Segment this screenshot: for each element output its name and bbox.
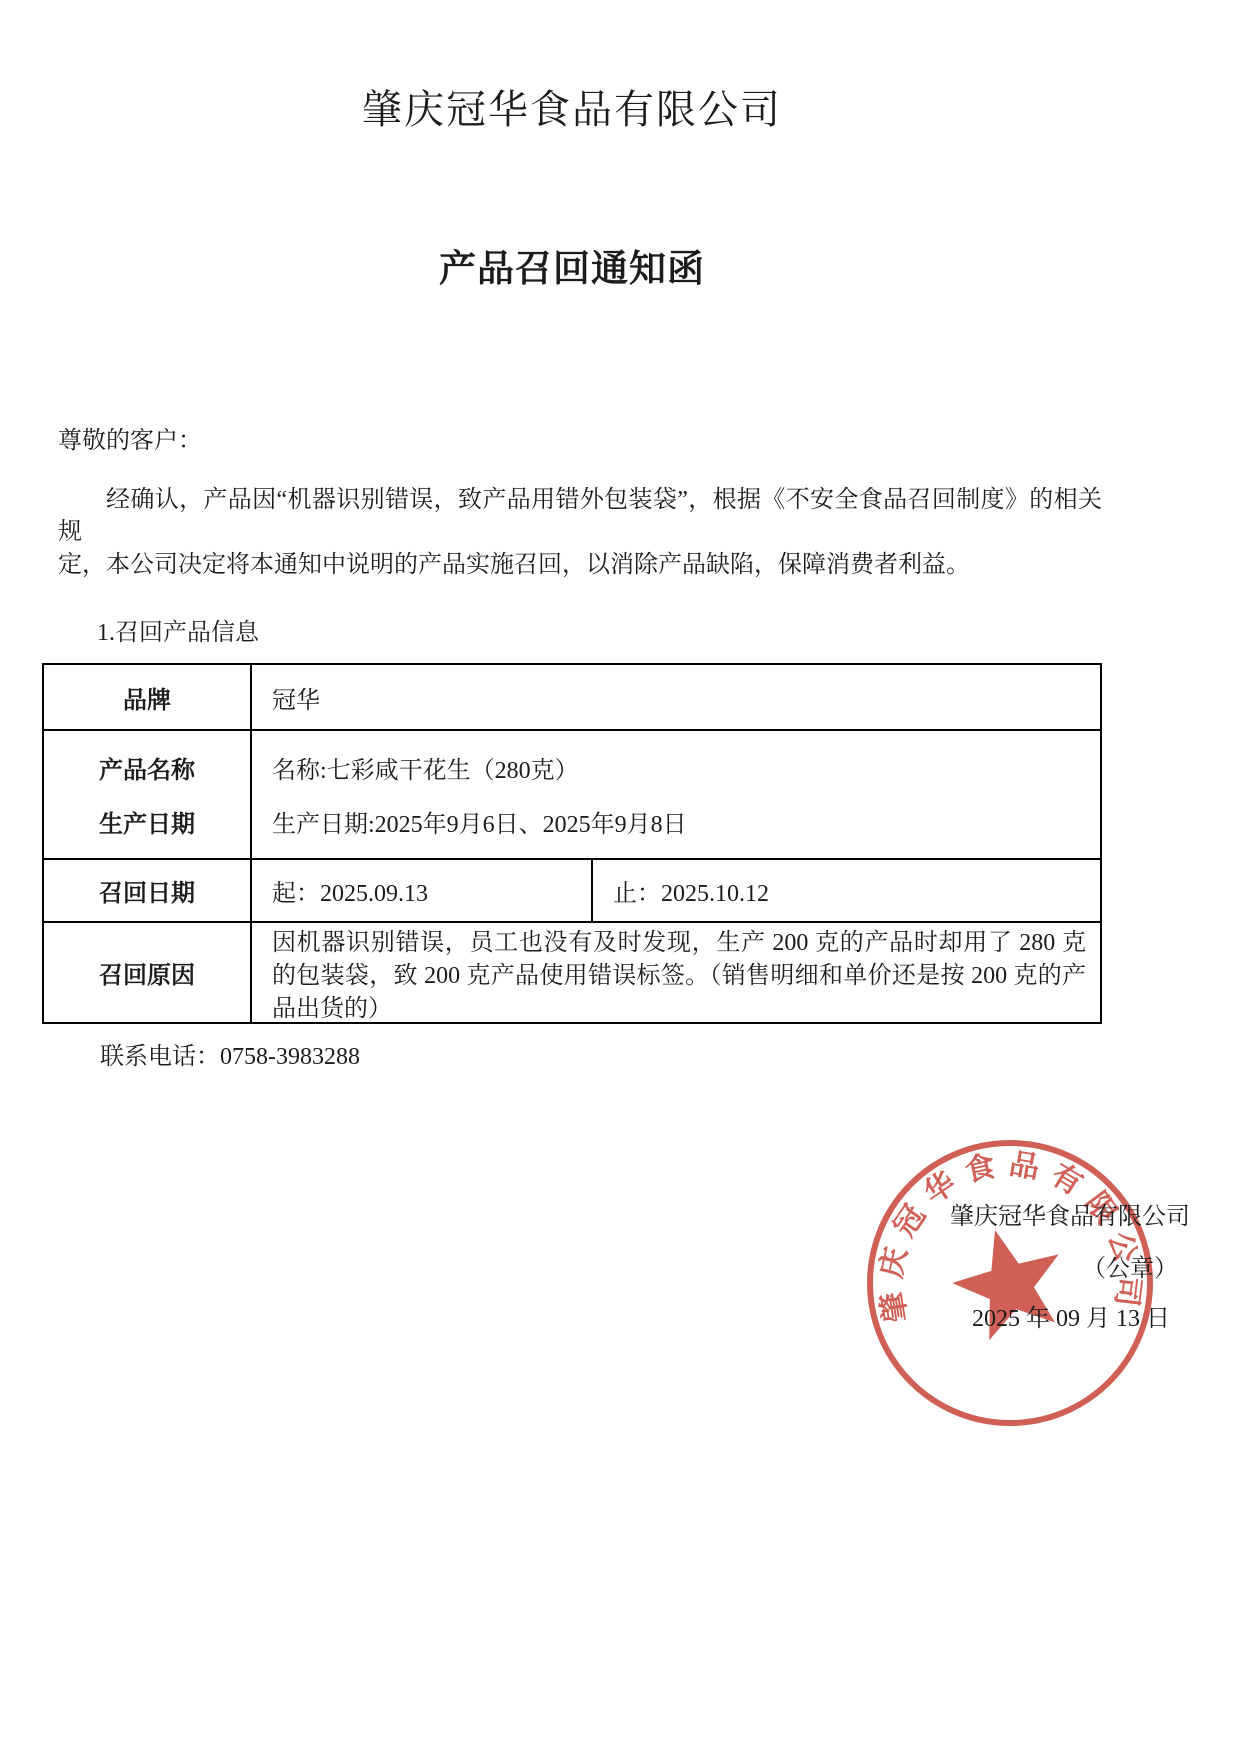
recall-reason-value: 因机器识别错误，员工也没有及时发现，生产 200 克的产品时却用了 280 克的… [252, 923, 1100, 1022]
brand-label: 品牌 [44, 665, 252, 729]
company-seal-stamp: 肇庆冠华食品有限公司 [855, 1128, 1165, 1438]
company-title: 肇庆冠华食品有限公司 [42, 88, 1102, 132]
recall-end-date: 止：2025.10.12 [593, 860, 1100, 921]
product-labels: 产品名称 生产日期 [44, 731, 252, 858]
recall-date-label: 召回日期 [44, 860, 252, 921]
salutation: 尊敬的客户： [58, 420, 202, 455]
body-paragraph-line-2: 定，本公司决定将本通知中说明的产品实施召回，以消除产品缺陷，保障消费者利益。 [58, 549, 1102, 581]
brand-value: 冠华 [252, 665, 1100, 729]
document-title: 产品召回通知函 [42, 250, 1102, 291]
table-row-product: 产品名称 生产日期 名称:七彩咸干花生（280克） 生产日期:2025年9月6日… [44, 729, 1100, 858]
product-values: 名称:七彩咸干花生（280克） 生产日期:2025年9月6日、2025年9月8日 [252, 731, 1100, 858]
section-heading-recall-info: 1.召回产品信息 [97, 612, 259, 647]
product-name-value: 名称:七彩咸干花生（280克） [272, 750, 579, 785]
table-row-recall-reason: 召回原因 因机器识别错误，员工也没有及时发现，生产 200 克的产品时却用了 2… [44, 921, 1100, 1022]
recall-info-table: 品牌 冠华 产品名称 生产日期 名称:七彩咸干花生（280克） 生产日期:202… [42, 663, 1102, 1024]
seal-star-icon [942, 1216, 1076, 1346]
table-row-brand: 品牌 冠华 [44, 665, 1100, 729]
production-date-label: 生产日期 [99, 804, 195, 839]
recall-notice-document: 肇庆冠华食品有限公司 产品召回通知函 尊敬的客户： 经确认，产品因“机器识别错误… [0, 0, 1240, 1754]
production-date-value: 生产日期:2025年9月6日、2025年9月8日 [272, 804, 687, 839]
recall-start-date: 起：2025.09.13 [252, 860, 593, 921]
recall-reason-label: 召回原因 [44, 923, 252, 1022]
body-paragraph-line-1: 经确认，产品因“机器识别错误，致产品用错外包装袋”，根据《不安全食品召回制度》的… [58, 484, 1102, 548]
product-name-label: 产品名称 [99, 750, 195, 785]
table-row-recall-date: 召回日期 起：2025.09.13 止：2025.10.12 [44, 858, 1100, 921]
contact-phone: 联系电话：0758-3983288 [100, 1036, 360, 1071]
